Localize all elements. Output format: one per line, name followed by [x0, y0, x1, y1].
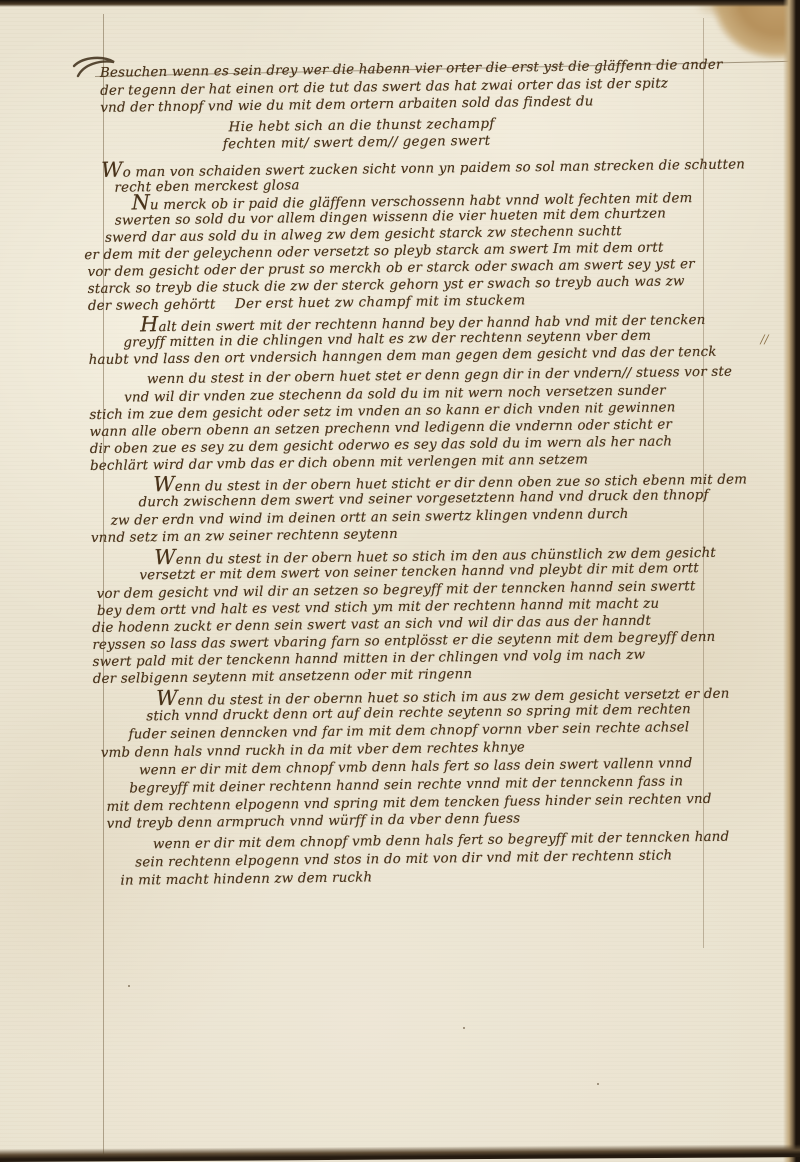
text-line: Wo man von schaiden swert zucken sicht v… [101, 154, 745, 182]
text-line: fechten mit/ swert dem// gegen swert [223, 134, 491, 154]
ink-speck [463, 1027, 465, 1029]
margin-mark: // [760, 332, 768, 346]
manuscript-scan: Besuchen wenn es sein drey wer die haben… [0, 0, 800, 1162]
text-line: vnnd setz im an zw seiner rechtenn seyte… [91, 527, 398, 548]
ink-speck [128, 985, 130, 987]
page-edge-right [783, 0, 800, 1162]
text-block: Besuchen wenn es sein drey wer die haben… [0, 0, 800, 1162]
text-line: in mit macht hindenn zw dem ruckh [120, 870, 372, 890]
text-line: der selbigenn seytenn mit ansetzenn oder… [93, 667, 473, 689]
page-edge-top [0, 0, 800, 7]
ink-speck [597, 1083, 599, 1085]
text-line: Der erst huet zw champf mit im stuckem [235, 293, 526, 314]
